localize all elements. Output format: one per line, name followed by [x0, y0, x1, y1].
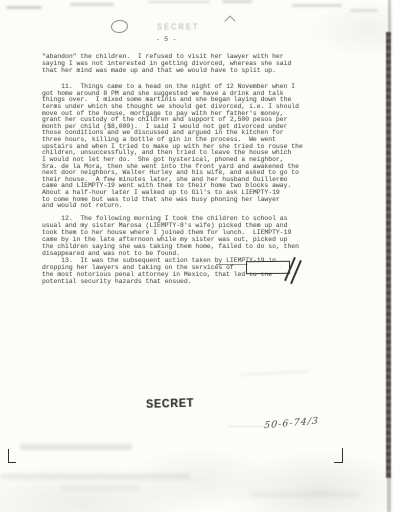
scan-edge-artifact-right-top	[388, 0, 391, 34]
paragraph-11: 11. Things came to a head on the night o…	[42, 84, 303, 210]
paragraph-12: 12. The following morning I took the chi…	[42, 216, 299, 257]
scan-edge-artifact-right-bottom	[387, 476, 391, 512]
scan-smudge	[0, 474, 190, 479]
scan-smudge	[70, 3, 114, 6]
caret-mark	[224, 15, 235, 26]
text-line: "abandon" the children. I refused to vis…	[42, 53, 291, 60]
text-line: and would not return.	[42, 203, 303, 210]
page-number: - 5 -	[156, 36, 176, 44]
scanned-document-page: SECRET - 5 - "abandon" the children. I r…	[0, 0, 393, 512]
paragraph-intro: "abandon" the children. I refused to vis…	[42, 53, 291, 74]
scan-smudge	[20, 444, 132, 450]
secret-stamp-top: SECRET	[157, 22, 199, 32]
crop-mark-bottom-right	[334, 448, 343, 463]
scan-smudge	[228, 426, 266, 427]
handwritten-circle-mark	[110, 19, 128, 34]
scan-smudge	[222, 0, 252, 3]
scan-smudge	[350, 9, 378, 12]
text-line: that her mind was made up and that we wo…	[42, 67, 291, 74]
handwritten-reference: 50-6-74/3	[264, 416, 320, 432]
scan-smudge	[292, 4, 342, 7]
redaction-lead-line	[216, 264, 248, 265]
scan-edge-artifact-right	[386, 32, 391, 478]
redaction-box	[246, 261, 290, 274]
text-line: potential security hazards that ensued.	[42, 279, 276, 286]
scan-smudge	[250, 492, 360, 497]
scan-smudge	[240, 370, 310, 376]
secret-stamp-bottom: SECRET	[146, 397, 194, 412]
scan-smudge	[6, 6, 42, 9]
text-line: saying I was not interested in getting d…	[42, 60, 291, 67]
scan-smudge	[148, 1, 210, 3]
crop-mark-bottom-left	[8, 449, 16, 463]
scan-smudge	[60, 486, 140, 490]
paragraph-13: 13. It was the subsequent action taken b…	[42, 258, 276, 286]
